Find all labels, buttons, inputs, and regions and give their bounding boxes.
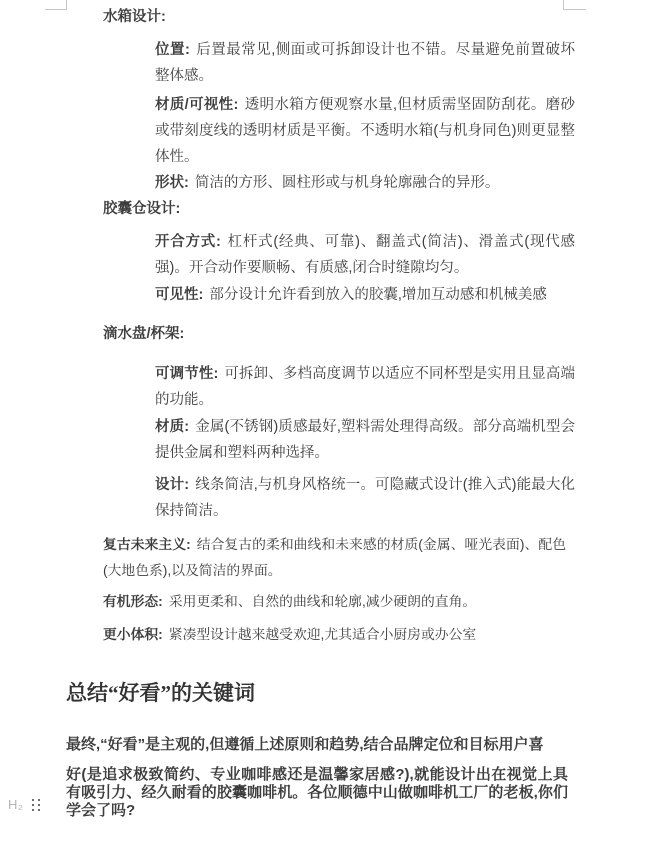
outline-item: 复古未来主义:结合复古的柔和曲线和未来感的材质(金属、哑光表面)、配色(大地色系… xyxy=(103,532,566,584)
outline-item: 可见性:部分设计允许看到放入的胶囊,增加互动感和机械美感 xyxy=(155,282,575,308)
margin-corner-mark-top-left xyxy=(45,0,67,10)
block-handle[interactable]: H₂ xyxy=(8,797,40,812)
item-label: 位置: xyxy=(155,42,196,58)
outline-item: 材质/可视性:透明水箱方便观察水量,但材质需坚固防刮花。磨砂或带刻度线的透明材质… xyxy=(155,92,575,170)
item-label: 形状: xyxy=(155,175,195,191)
summary-paragraph-line1: 最终,“好看”是主观的,但遵循上述原则和趋势,结合品牌定位和目标用户喜 xyxy=(66,732,568,758)
item-text: 金属(不锈钢)质感最好,塑料需处理得高级。部分高端机型会提供金属和塑料两种选择。 xyxy=(155,419,575,461)
section-heading: 总结“好看”的关键词 xyxy=(66,678,563,708)
outline-item: 开合方式:杠杆式(经典、可靠)、翻盖式(简洁)、滑盖式(现代感强)。开合动作要顺… xyxy=(155,229,575,281)
item-label: 材质/可视性: xyxy=(155,97,244,113)
item-label: 开合方式: xyxy=(155,234,227,250)
outline-group-heading: 滴水盘/杯架: xyxy=(103,321,563,347)
margin-corner-mark-top-right xyxy=(563,0,586,10)
item-label: 可调节性: xyxy=(155,366,224,382)
drag-handle-icon[interactable] xyxy=(32,799,40,811)
item-label: 复古未来主义: xyxy=(103,537,197,552)
outline-item: 更小体积:紧凑型设计越来越受欢迎,尤其适合小厨房或办公室 xyxy=(103,622,566,648)
item-label: 材质: xyxy=(155,419,195,435)
outline-item: 设计:线条简洁,与机身风格统一。可隐藏式设计(推入式)能最大化保持简洁。 xyxy=(155,472,575,524)
outline-group-heading: 胶囊仓设计: xyxy=(103,196,563,222)
outline-group-heading: 水箱设计: xyxy=(103,4,563,30)
item-label: 可见性: xyxy=(155,287,209,303)
outline-item: 材质:金属(不锈钢)质感最好,塑料需处理得高级。部分高端机型会提供金属和塑料两种… xyxy=(155,414,575,466)
item-text: 线条简洁,与机身风格统一。可隐藏式设计(推入式)能最大化保持简洁。 xyxy=(155,477,575,519)
item-text: 采用更柔和、自然的曲线和轮廓,减少硬朗的直角。 xyxy=(169,594,476,609)
item-label: 设计: xyxy=(155,477,195,493)
item-text: 后置最常见,侧面或可拆卸设计也不错。尽量避免前置破坏整体感。 xyxy=(155,42,575,84)
outline-item: 位置:后置最常见,侧面或可拆卸设计也不错。尽量避免前置破坏整体感。 xyxy=(155,37,575,89)
item-label: 有机形态: xyxy=(103,594,169,609)
outline-list: 水箱设计:位置:后置最常见,侧面或可拆卸设计也不错。尽量避免前置破坏整体感。材质… xyxy=(66,4,563,648)
item-text: 紧凑型设计越来越受欢迎,尤其适合小厨房或办公室 xyxy=(169,627,476,642)
item-text: 部分设计允许看到放入的胶囊,增加互动感和机械美感 xyxy=(209,287,547,303)
document-page: { "colors": { "page_background": "#fffff… xyxy=(0,0,663,841)
item-label: 更小体积: xyxy=(103,627,169,642)
document-body: 水箱设计:位置:后置最常见,侧面或可拆卸设计也不错。尽量避免前置破坏整体感。材质… xyxy=(66,0,563,820)
outline-item: 可调节性:可拆卸、多档高度调节以适应不同杯型是实用且显高端的功能。 xyxy=(155,361,575,413)
outline-item: 有机形态:采用更柔和、自然的曲线和轮廓,减少硬朗的直角。 xyxy=(103,589,566,615)
item-text: 简洁的方形、圆柱形或与机身轮廓融合的异形。 xyxy=(195,175,500,191)
heading-level-indicator: H₂ xyxy=(8,797,23,812)
summary-paragraph-rest: 好(是追求极致简约、专业咖啡感还是温馨家居感?),就能设计出在视觉上具有吸引力、… xyxy=(66,766,568,820)
outline-item: 形状:简洁的方形、圆柱形或与机身轮廓融合的异形。 xyxy=(155,170,575,196)
